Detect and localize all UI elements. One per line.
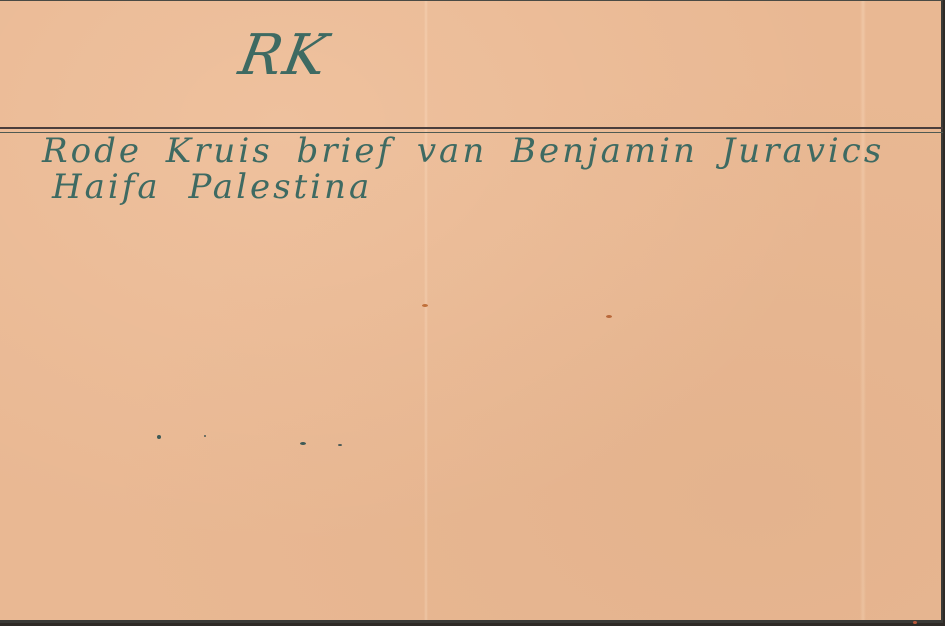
ink-speck (300, 442, 306, 445)
paper-fleck (606, 315, 612, 318)
paper-fleck (913, 621, 917, 624)
ink-speck (204, 435, 206, 437)
header-rule-top (0, 127, 943, 129)
ink-speck (157, 435, 161, 439)
ink-speck (338, 444, 342, 446)
handwritten-line-2: Haifa Palestina (52, 167, 372, 207)
card-initials: RK (234, 23, 333, 88)
handwritten-line-1: Rode Kruis brief van Benjamin Juravics (42, 131, 884, 171)
archival-index-card: RK Rode Kruis brief van Benjamin Juravic… (0, 0, 943, 623)
paper-fleck (422, 304, 428, 307)
